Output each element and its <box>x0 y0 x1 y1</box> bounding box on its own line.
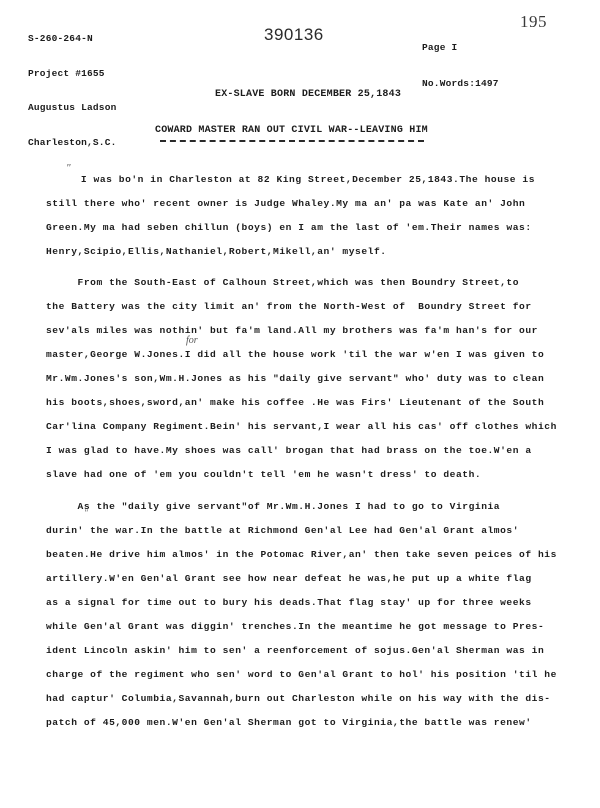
document-subtitle: COWARD MASTER RAN OUT CIVIL WAR--LEAVING… <box>155 125 428 136</box>
text-line: as a signal for time out to bury his dea… <box>46 597 532 608</box>
page-label: Page I <box>422 42 499 54</box>
text-line: durin' the war.In the battle at Richmond… <box>46 525 519 536</box>
text-line: the Battery was the city limit an' from … <box>46 301 532 312</box>
handwritten-quote-mark: " <box>66 162 71 174</box>
text-line: sev'als miles was nothin' but fa'm land.… <box>46 325 538 336</box>
document-page: S-260-264-N Project #1655 Augustus Ladso… <box>0 0 600 808</box>
title-underline-divider <box>160 140 424 142</box>
text-line: had captur' Columbia,Savannah,burn out C… <box>46 693 551 704</box>
text-line: his boots,shoes,sword,an' make his coffe… <box>46 397 544 408</box>
page-info-block: Page I No.Words:1497 <box>422 18 499 114</box>
text-line: As the "daily give servant"of Mr.Wm.H.Jo… <box>46 501 500 512</box>
handwritten-correction: for <box>186 335 198 346</box>
text-line: charge of the regiment who sen' word to … <box>46 669 557 680</box>
document-reference-block: S-260-264-N Project #1655 Augustus Ladso… <box>28 10 117 171</box>
project-number: Project #1655 <box>28 68 117 80</box>
text-line: still there who' recent owner is Judge W… <box>46 198 525 209</box>
reference-code: S-260-264-N <box>28 33 117 45</box>
text-line: slave had one of 'em you couldn't tell '… <box>46 469 481 480</box>
text-line: master,George W.Jones.I did all the hous… <box>46 349 544 360</box>
text-line: I was bo'n in Charleston at 82 King Stre… <box>62 174 535 185</box>
location: Charleston,S.C. <box>28 137 117 149</box>
text-line: Henry,Scipio,Ellis,Nathaniel,Robert,Mike… <box>46 246 387 257</box>
word-count: No.Words:1497 <box>422 78 499 90</box>
text-line: ident Lincoln askin' him to sen' a reenf… <box>46 645 544 656</box>
text-line: beaten.He drive him almos' in the Potoma… <box>46 549 557 560</box>
text-line: Car'lina Company Regiment.Bein' his serv… <box>46 421 557 432</box>
text-line: patch of 45,000 men.W'en Gen'al Sherman … <box>46 717 532 728</box>
catalog-number: 390136 <box>264 25 324 45</box>
text-line: Green.My ma had seben chillun (boys) en … <box>46 222 532 233</box>
text-line: artillery.W'en Gen'al Grant see how near… <box>46 573 532 584</box>
text-line: From the South-East of Calhoun Street,wh… <box>46 277 519 288</box>
text-line: I was glad to have.My shoes was call' br… <box>46 445 532 456</box>
text-line: while Gen'al Grant was diggin' trenches.… <box>46 621 544 632</box>
interviewer-name: Augustus Ladson <box>28 102 117 114</box>
text-line: Mr.Wm.Jones's son,Wm.H.Jones as his "dai… <box>46 373 544 384</box>
document-title: EX-SLAVE BORN DECEMBER 25,1843 <box>215 89 401 100</box>
stamp-page-number: 195 <box>520 12 547 32</box>
